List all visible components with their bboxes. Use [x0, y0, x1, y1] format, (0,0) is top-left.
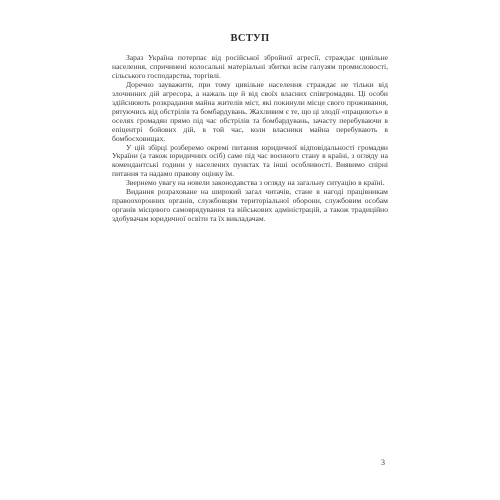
- document-page: ВСТУП Зараз Україна потерпає від російсь…: [0, 0, 500, 500]
- paragraph: У цій збірці розберемо окремі питання юр…: [112, 144, 388, 180]
- body-text: Зараз Україна потерпає від російської зб…: [112, 54, 388, 224]
- paragraph: Доречно зауважити, при тому цивільне нас…: [112, 81, 388, 144]
- section-heading: ВСТУП: [112, 33, 388, 44]
- paragraph: Зараз Україна потерпає від російської зб…: [112, 54, 388, 81]
- paragraph: Видання розраховане на широкий загал чит…: [112, 188, 388, 224]
- page-number: 3: [381, 458, 385, 467]
